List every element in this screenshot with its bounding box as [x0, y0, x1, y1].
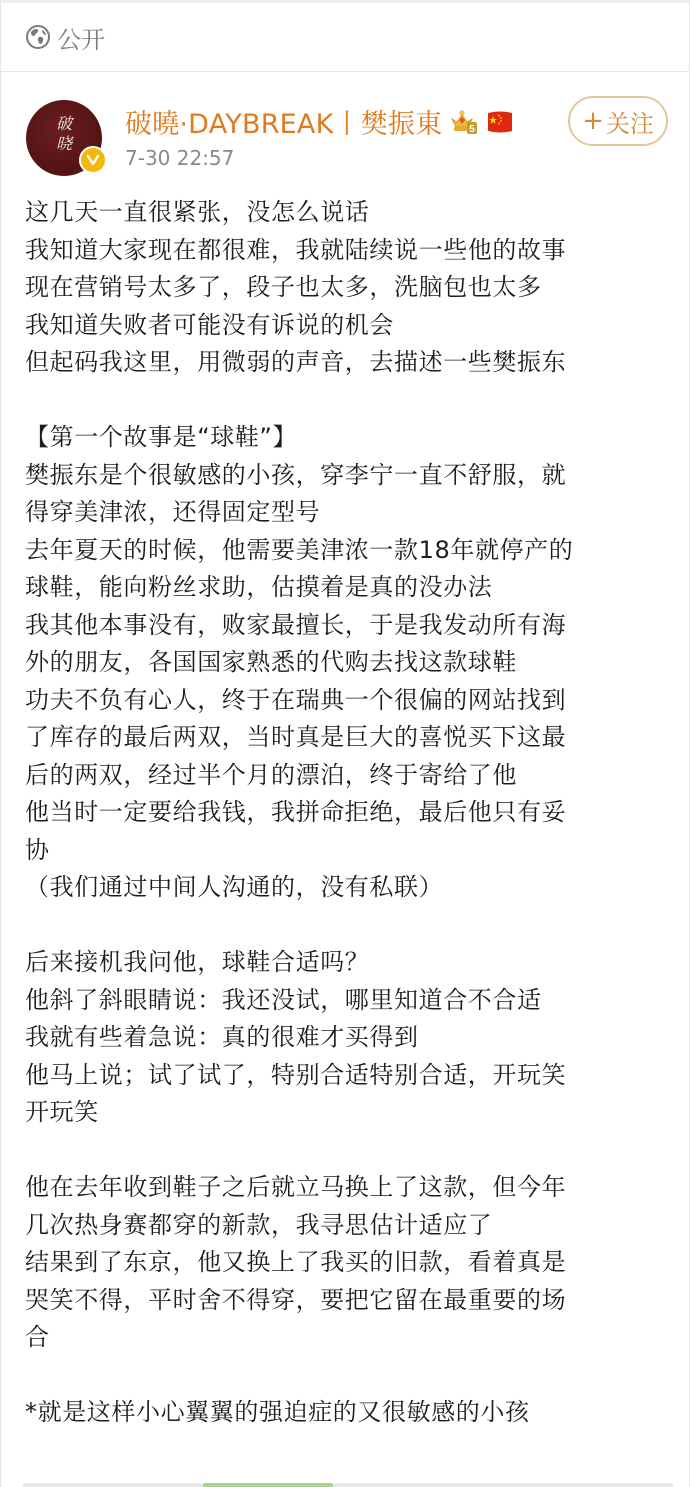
- post-line: 他当时一定要给我钱，我拼命拒绝，最后他只有妥: [25, 794, 671, 832]
- post-line: 哭笑不得，平时舍不得穿，要把它留在最重要的场: [25, 1282, 671, 1320]
- post-line: 得穿美津浓，还得固定型号: [25, 494, 671, 532]
- author-row: 破曉·DAYBREAK丨樊振東 5: [125, 102, 514, 141]
- post-line: 功夫不负有心人，终于在瑞典一个很偏的网站找到: [25, 682, 671, 720]
- china-flag-icon: [486, 110, 514, 134]
- post-line: 我知道失败者可能没有诉说的机会: [25, 307, 671, 345]
- blank-line: [25, 382, 671, 420]
- crown-level-5-icon: 5: [450, 109, 478, 135]
- post-timestamp: 7-30 22:57: [125, 146, 234, 170]
- post-line: 开玩笑: [25, 1094, 671, 1132]
- post-line: 樊振东是个很敏感的小孩，穿李宁一直不舒服，就: [25, 457, 671, 495]
- bottom-image-green-edge: [203, 1483, 333, 1487]
- post-body: 这几天一直很紧张，没怎么说话 我知道大家现在都很难，我就陆续说一些他的故事 现在…: [25, 194, 671, 1432]
- post-line: 几次热身赛都穿的新款，我寻思估计适应了: [25, 1207, 671, 1245]
- post-line: 但起码我这里，用微弱的声音，去描述一些樊振东: [25, 344, 671, 382]
- post-line: 外的朋友，各国国家熟悉的代购去找这款球鞋: [25, 644, 671, 682]
- post-line: *就是这样小心翼翼的强迫症的又很敏感的小孩: [25, 1394, 671, 1432]
- post-line: 结果到了东京，他又换上了我买的旧款，看着真是: [25, 1244, 671, 1282]
- verified-badge-icon: [79, 146, 107, 174]
- post-line: 合: [25, 1319, 671, 1357]
- blank-line: [25, 1132, 671, 1170]
- post-line: 后的两双，经过半个月的漂泊，终于寄给了他: [25, 757, 671, 795]
- plus-icon: +: [582, 106, 604, 136]
- story-heading: 【第一个故事是“球鞋”】: [25, 419, 671, 457]
- follow-label: 关注: [606, 104, 654, 139]
- post-line: 我其他本事没有，败家最擅长，于是我发动所有海: [25, 607, 671, 645]
- globe-icon: [25, 24, 51, 50]
- svg-text:5: 5: [470, 124, 476, 135]
- post-line: 我就有些着急说：真的很难才买得到: [25, 1019, 671, 1057]
- post-line: 我知道大家现在都很难，我就陆续说一些他的故事: [25, 232, 671, 270]
- avatar-logo-text: 破晓: [52, 114, 76, 154]
- author-name[interactable]: 破曉·DAYBREAK丨樊振東: [125, 102, 442, 141]
- visibility-label[interactable]: 公开: [57, 20, 105, 55]
- blank-line: [25, 1357, 671, 1395]
- follow-button[interactable]: + 关注: [568, 96, 668, 146]
- post-line: 了库存的最后两双，当时真是巨大的喜悦买下这最: [25, 719, 671, 757]
- post-line: 他斜了斜眼睛说：我还没试，哪里知道合不合适: [25, 982, 671, 1020]
- post-line: 后来接机我问他，球鞋合适吗？: [25, 944, 671, 982]
- post-line: 这几天一直很紧张，没怎么说话: [25, 194, 671, 232]
- visibility-bar: 公开: [1, 0, 689, 72]
- post-line: 他马上说；试了试了，特别合适特别合适，开玩笑: [25, 1057, 671, 1095]
- post-line: 去年夏天的时候，他需要美津浓一款18年就停产的: [25, 532, 671, 570]
- weibo-post-page: 公开 破晓 破曉·DAYBREAK丨樊振東 5 7-30 22:57 +: [0, 0, 690, 1487]
- post-line: 球鞋，能向粉丝求助，估摸着是真的没办法: [25, 569, 671, 607]
- post-line: 他在去年收到鞋子之后就立马换上了这款，但今年: [25, 1169, 671, 1207]
- post-line: 协: [25, 832, 671, 870]
- post-line: 现在营销号太多了，段子也太多，洗脑包也太多: [25, 269, 671, 307]
- blank-line: [25, 907, 671, 945]
- post-line: （我们通过中间人沟通的，没有私联）: [25, 869, 671, 907]
- bottom-image-edge: [23, 1483, 673, 1487]
- checkmark-v-icon: [86, 154, 100, 166]
